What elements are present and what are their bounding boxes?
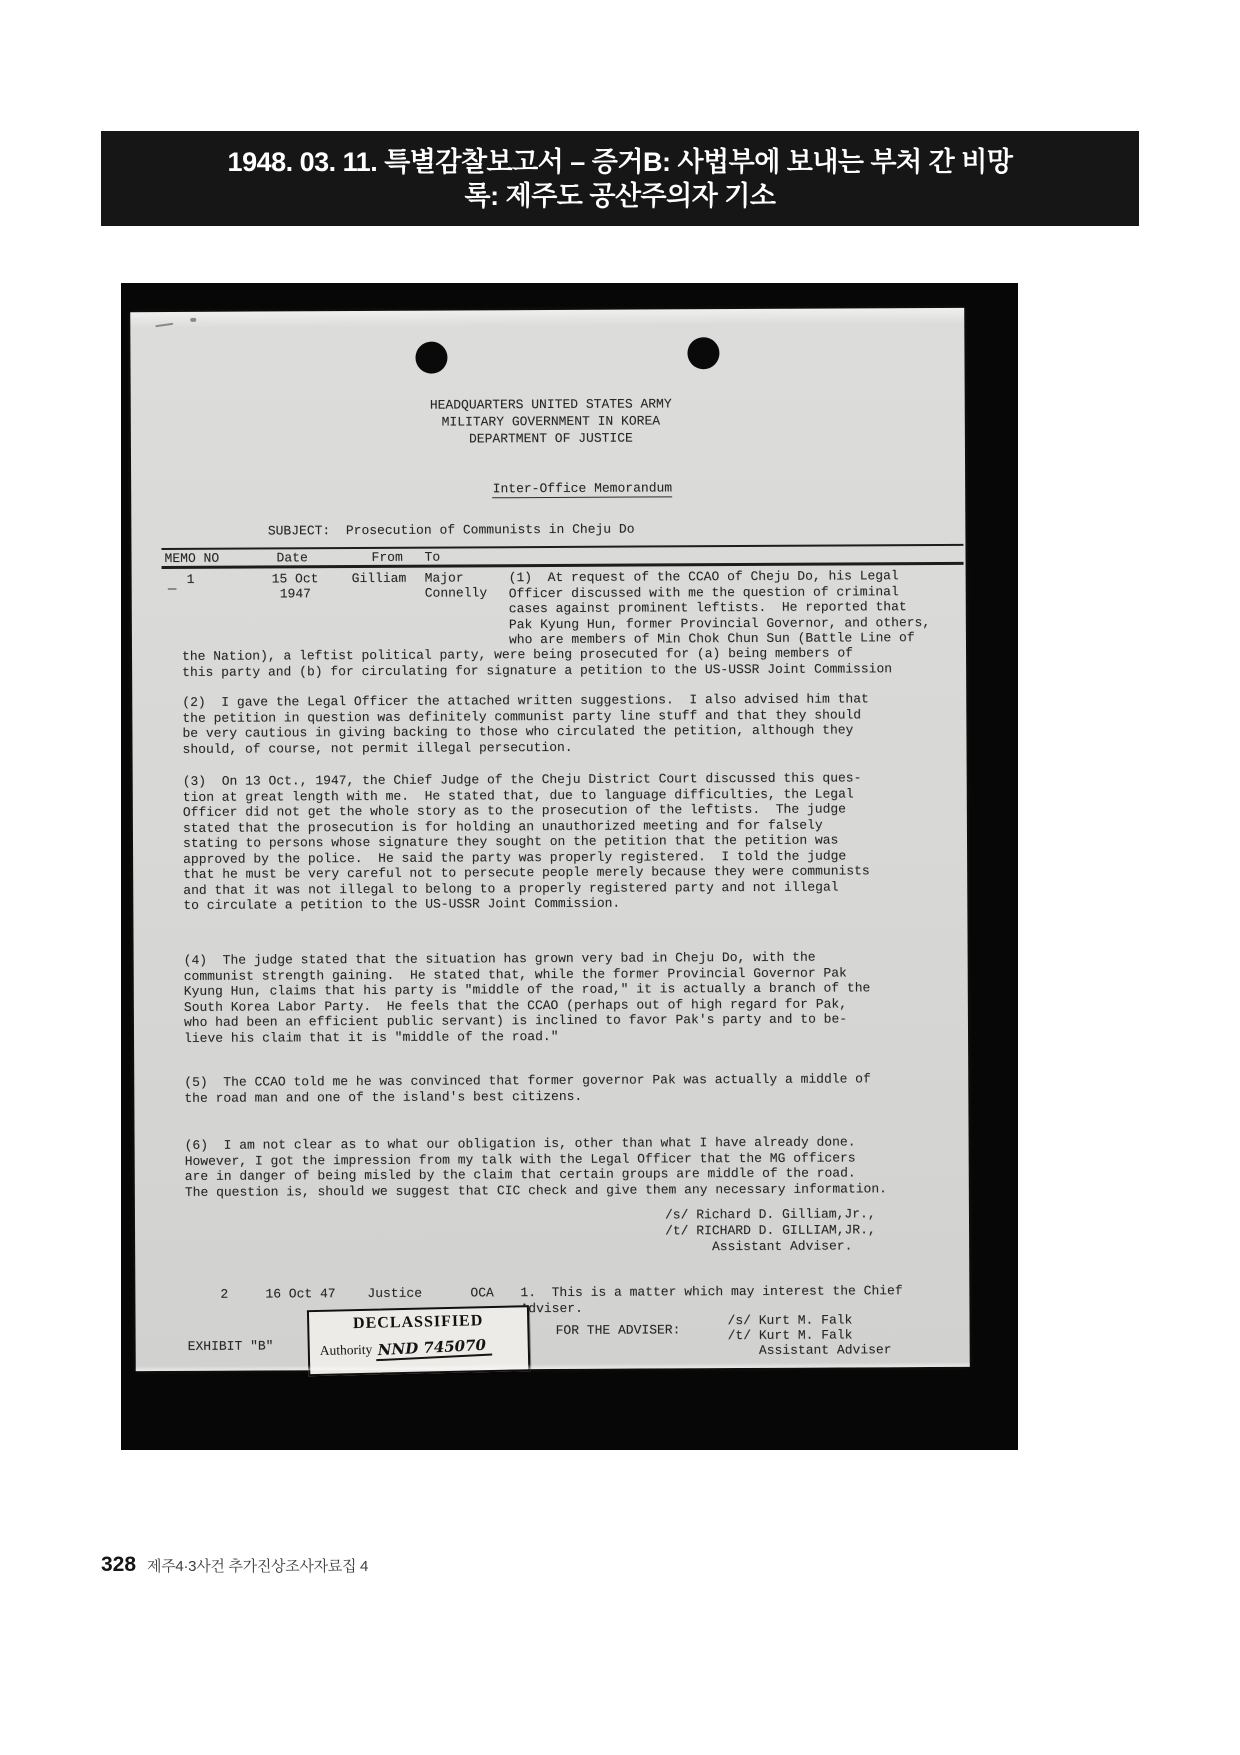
memo-paper: HEADQUARTERS UNITED STATES ARMYMILITARY … — [130, 308, 970, 1371]
scanned-document-frame: HEADQUARTERS UNITED STATES ARMYMILITARY … — [121, 283, 1018, 1450]
book-page: 1948. 03. 11. 특별감찰보고서 – 증거B: 사법부에 보내는 부처… — [0, 0, 1240, 1755]
punch-hole-right — [687, 337, 719, 369]
memo1-number: 1 — [187, 572, 195, 588]
memo1-paragraph-1-column: (1) At request of the CCAO of Cheju Do, … — [509, 568, 931, 648]
memo2-body: 1. This is a matter which may interest t… — [520, 1283, 902, 1316]
memo1-to-2: Connelly — [425, 585, 488, 601]
signature-line: Assistant Adviser — [728, 1342, 892, 1358]
memo2-signature-block: /s/ Kurt M. Falk/t/ Kurt M. Falk Assista… — [727, 1312, 891, 1358]
memo1-signature-block: /s/ Richard D. Gilliam,Jr.,/t/ RICHARD D… — [665, 1206, 876, 1255]
memo1-paragraph-6: (6) I am not clear as to what our obliga… — [185, 1134, 887, 1200]
memo-text-line: The question is, should we suggest that … — [185, 1181, 887, 1200]
pencil-mark — [155, 323, 173, 328]
col-header-date: Date — [276, 550, 307, 566]
col-header-from: From — [371, 550, 402, 566]
memo-text-line: to circulate a petition to the US-USSR J… — [183, 894, 870, 913]
signature-line: /s/ Kurt M. Falk — [727, 1312, 891, 1328]
stamp-title: DECLASSIFIED — [309, 1311, 527, 1334]
exhibit-label: EXHIBIT "B" — [188, 1338, 274, 1354]
letterhead-line: DEPARTMENT OF JUSTICE — [251, 429, 851, 449]
signature-line: Assistant Adviser. — [665, 1238, 876, 1255]
pencil-mark — [190, 318, 196, 322]
declassified-stamp: DECLASSIFIED AuthorityNND 745070 — [307, 1305, 530, 1376]
page-title-line-2: 록: 제주도 공산주의자 기소 — [465, 179, 776, 213]
pencil-mark — [168, 588, 177, 590]
memo-text-line: the road man and one of the island's bes… — [184, 1087, 871, 1106]
memo-text-line: cases against prominent leftists. He rep… — [509, 599, 930, 617]
page-number: 328 — [101, 1553, 136, 1577]
page-title-line-1: 1948. 03. 11. 특별감찰보고서 – 증거B: 사법부에 보내는 부처… — [228, 145, 1013, 179]
title-bar: 1948. 03. 11. 특별감찰보고서 – 증거B: 사법부에 보내는 부처… — [101, 131, 1139, 226]
memo2-date: 16 Oct 47 — [265, 1286, 335, 1302]
memo1-date-2: 1947 — [280, 586, 311, 602]
memo-text-line: should, of course, not permit illegal pe… — [182, 738, 869, 757]
subject-value: Prosecution of Communists in Cheju Do — [346, 521, 635, 538]
memo1-paragraph-4: (4) The judge stated that the situation … — [184, 949, 871, 1046]
for-adviser-label: FOR THE ADVISER: — [556, 1322, 681, 1338]
memo-text-line: lieve his claim that it is "middle of th… — [184, 1027, 871, 1046]
stamp-authority: AuthorityNND 745070 — [320, 1337, 492, 1361]
subject-label: SUBJECT: — [268, 523, 330, 538]
col-header-memo-no: MEMO NO — [164, 551, 219, 567]
memo-text-line: (1) At request of the CCAO of Cheju Do, … — [509, 568, 930, 586]
letterhead: HEADQUARTERS UNITED STATES ARMYMILITARY … — [251, 394, 851, 449]
memo2-from: Justice — [367, 1286, 422, 1302]
memo1-paragraph-3: (3) On 13 Oct., 1947, the Chief Judge of… — [183, 770, 870, 913]
memo-text-line: 1. This is a matter which may interest t… — [520, 1283, 902, 1301]
book-title: 제주4·3사건 추가진상조사자료집 4 — [147, 1555, 368, 1576]
signature-line: /t/ Kurt M. Falk — [728, 1327, 892, 1343]
page-footer: 328 제주4·3사건 추가진상조사자료집 4 — [101, 1553, 368, 1577]
memo-text-line: this party and (b) for circulating for s… — [182, 661, 892, 680]
memo1-from: Gilliam — [352, 571, 407, 587]
memo1-paragraph-2: (2) I gave the Legal Officer the attache… — [182, 691, 869, 757]
col-header-to: To — [424, 550, 440, 566]
memo1-paragraph-5: (5) The CCAO told me he was convinced th… — [184, 1071, 871, 1106]
signature-line: /s/ Richard D. Gilliam,Jr., — [665, 1206, 876, 1223]
memo1-date-1: 15 Oct — [272, 571, 319, 587]
signature-line: /t/ RICHARD D. GILLIAM,JR., — [665, 1222, 876, 1239]
stamp-authority-value: NND 745070 — [375, 1336, 492, 1362]
punch-hole-left — [415, 342, 447, 374]
memo2-to: OCA — [470, 1285, 493, 1301]
memo1-paragraph-1-wide: the Nation), a leftist political party, … — [182, 645, 892, 680]
memo-type-text: Inter-Office Memorandum — [493, 480, 673, 498]
memo2-number: 2 — [220, 1287, 228, 1303]
memo1-to-1: Major — [425, 570, 464, 586]
stamp-authority-label: Authority — [320, 1342, 373, 1358]
